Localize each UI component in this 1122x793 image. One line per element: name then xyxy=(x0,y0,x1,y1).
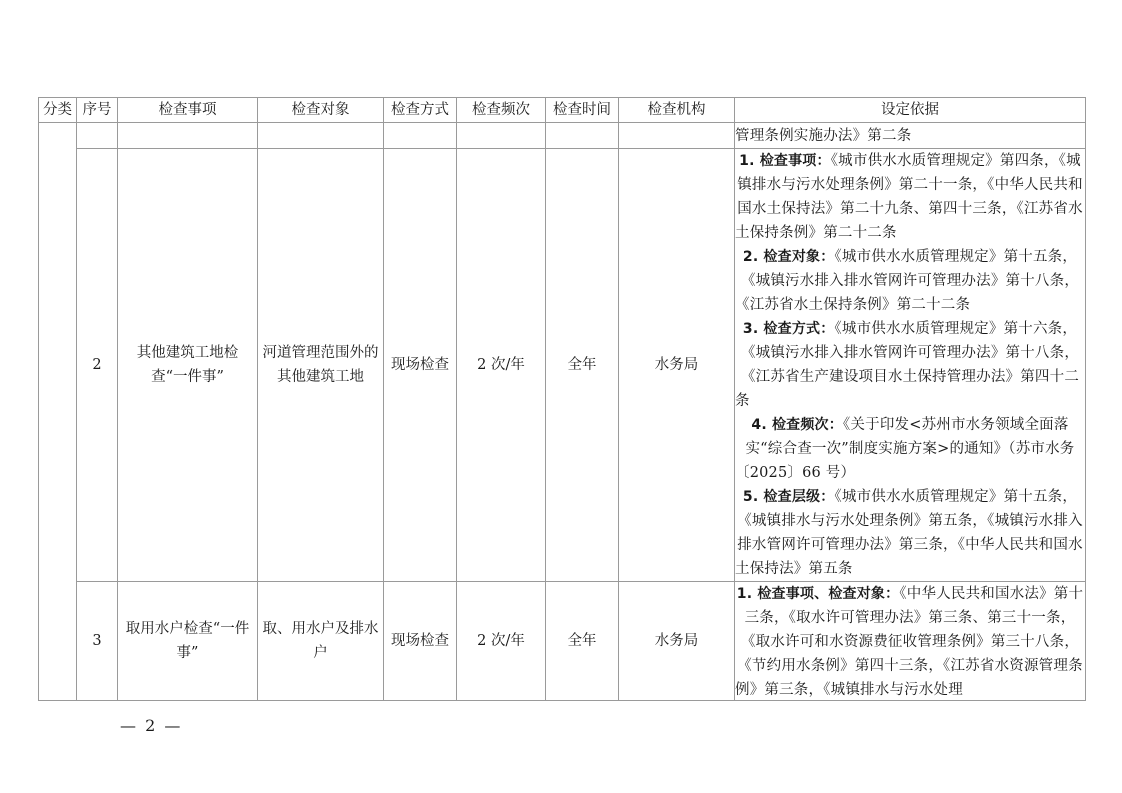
time-cell xyxy=(546,123,619,149)
table-row: 2 其他建筑工地检查“一件事” 河道管理范围外的其他建筑工地 现场检查 2 次/… xyxy=(39,149,1086,582)
agency-cell: 水务局 xyxy=(619,582,735,701)
seq-cell xyxy=(77,123,118,149)
basis-item: 1. 检查事项、检查对象：《中华人民共和国水法》第十三条，《取水许可管理办法》第… xyxy=(735,582,1085,700)
basis-item: 2. 检查对象：《城市供水水质管理规定》第十五条，《城镇污水排入排水管网许可管理… xyxy=(735,245,1085,317)
continuation-row: 管理条例实施办法》第二条 xyxy=(39,123,1086,149)
inspection-table: 分类 序号 检查事项 检查对象 检查方式 检查频次 检查时间 检查机构 设定依据… xyxy=(38,97,1086,701)
seq-cell: 2 xyxy=(77,149,118,582)
item-cell: 取用水户检查“一件事” xyxy=(118,582,258,701)
object-cell: 取、用水户及排水户 xyxy=(258,582,384,701)
header-frequency: 检查频次 xyxy=(457,98,546,123)
header-category: 分类 xyxy=(39,98,77,123)
header-object: 检查对象 xyxy=(258,98,384,123)
frequency-cell: 2 次/年 xyxy=(457,582,546,701)
header-item: 检查事项 xyxy=(118,98,258,123)
page-number: — 2 — xyxy=(120,716,182,735)
basis-item: 3. 检查方式：《城市供水水质管理规定》第十六条，《城镇污水排入排水管网许可管理… xyxy=(735,317,1085,413)
frequency-cell: 2 次/年 xyxy=(457,149,546,582)
frequency-cell xyxy=(457,123,546,149)
item-cell: 其他建筑工地检查“一件事” xyxy=(118,149,258,582)
basis-clip: 1. 检查事项、检查对象：《中华人民共和国水法》第十三条，《取水许可管理办法》第… xyxy=(735,582,1085,700)
header-seq: 序号 xyxy=(77,98,118,123)
item-cell xyxy=(118,123,258,149)
basis-cell: 管理条例实施办法》第二条 xyxy=(735,123,1086,149)
header-agency: 检查机构 xyxy=(619,98,735,123)
header-row: 分类 序号 检查事项 检查对象 检查方式 检查频次 检查时间 检查机构 设定依据 xyxy=(39,98,1086,123)
time-cell: 全年 xyxy=(546,582,619,701)
header-method: 检查方式 xyxy=(384,98,457,123)
basis-cell: 1. 检查事项：《城市供水水质管理规定》第四条，《城镇排水与污水处理条例》第二十… xyxy=(735,149,1086,582)
header-time: 检查时间 xyxy=(546,98,619,123)
basis-cell: 1. 检查事项、检查对象：《中华人民共和国水法》第十三条，《取水许可管理办法》第… xyxy=(735,582,1086,701)
seq-cell: 3 xyxy=(77,582,118,701)
agency-cell xyxy=(619,123,735,149)
object-cell xyxy=(258,123,384,149)
method-cell: 现场检查 xyxy=(384,582,457,701)
method-cell: 现场检查 xyxy=(384,149,457,582)
agency-cell: 水务局 xyxy=(619,149,735,582)
header-basis: 设定依据 xyxy=(735,98,1086,123)
method-cell xyxy=(384,123,457,149)
basis-item: 5. 检查层级：《城市供水水质管理规定》第十五条，《城镇排水与污水处理条例》第五… xyxy=(735,485,1085,581)
basis-item: 1. 检查事项：《城市供水水质管理规定》第四条，《城镇排水与污水处理条例》第二十… xyxy=(735,149,1085,245)
category-cell xyxy=(39,123,77,701)
time-cell: 全年 xyxy=(546,149,619,582)
table-row: 3 取用水户检查“一件事” 取、用水户及排水户 现场检查 2 次/年 全年 水务… xyxy=(39,582,1086,701)
basis-item: 4. 检查频次：《关于印发<苏州市水务领域全面落实“综合查一次”制度实施方案>的… xyxy=(735,413,1085,485)
object-cell: 河道管理范围外的其他建筑工地 xyxy=(258,149,384,582)
